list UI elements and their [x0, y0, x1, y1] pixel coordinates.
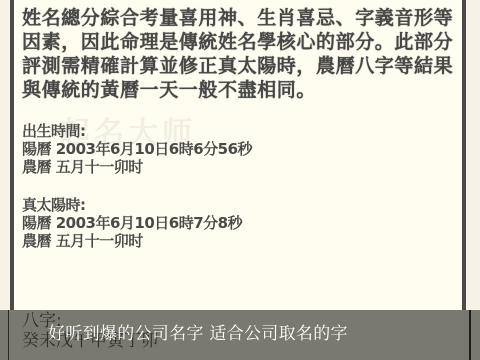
birth-time-section: 出生時間: 陽曆 2003年6月10日6時6分56秒 農曆 五月十一卯时 [22, 122, 462, 176]
birth-time-solar: 陽曆 2003年6月10日6時6分56秒 [22, 140, 462, 158]
birth-time-label: 出生時間: [22, 122, 462, 140]
intro-paragraph: 姓名總分綜合考量喜用神、生肖喜忌、字義音形等因素，因此命理是傳統姓名學核心的部分… [22, 6, 462, 102]
true-solar-time-section: 真太陽時: 陽曆 2003年6月10日6時7分8秒 農曆 五月十一卯时 [22, 196, 462, 250]
caption-link[interactable]: 好听到爆的公司名字 适合公司取名的字 [48, 319, 448, 344]
true-solar-time-lunar: 農曆 五月十一卯时 [22, 232, 462, 250]
true-solar-time-solar: 陽曆 2003年6月10日6時7分8秒 [22, 214, 462, 232]
birth-time-lunar: 農曆 五月十一卯时 [22, 158, 462, 176]
article-content: 姓名總分綜合考量喜用神、生肖喜忌、字義音形等因素，因此命理是傳統姓名學核心的部分… [22, 6, 462, 250]
true-solar-time-label: 真太陽時: [22, 196, 462, 214]
